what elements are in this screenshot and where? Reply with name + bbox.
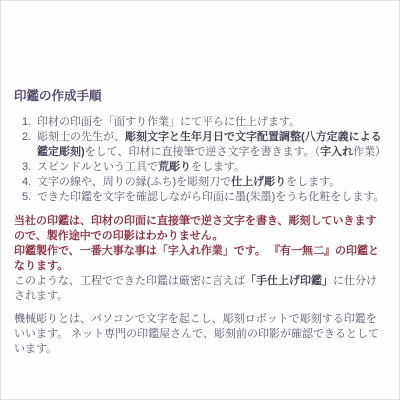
step-text-segment: 彫刻士の先生が、: [37, 131, 125, 143]
step-text-segment: スピンドルという工具で: [37, 161, 158, 173]
step-text-segment: をして、印材に直接筆で逆さ文字を書きます。（: [85, 146, 320, 158]
step-text: できた印鑑を文字を確認しながら印面に墨(朱墨)をうち化粧をします。: [37, 190, 387, 205]
list-item: 2. 彫刻士の先生が、彫刻文字と生年月日で文字配置調整(八方定義による鑑定彫刻)…: [22, 130, 387, 160]
steps-list: 1. 印材の印面を「面すり作業」にて平らに仕上げます。 2. 彫刻士の先生が、彫…: [22, 115, 387, 205]
step-text: スピンドルという工具で荒彫りをします。: [37, 160, 387, 175]
note-hand-finished-sorting: このような、工程でできた印鑑は厳密に言えば「手仕上げ印鑑」に仕分けされます。: [14, 274, 387, 304]
step-text-segment: をします。: [191, 161, 245, 173]
list-item: 5. できた印鑑を文字を確認しながら印面に墨(朱墨)をうち化粧をします。: [22, 190, 387, 205]
step-text-bold-segment: 字入れ: [320, 146, 353, 158]
note-machine-carving: 機械彫りとは、パソコンで文字を起こし、彫刻ロボットで彫刻する印鑑をいいます。 ネ…: [14, 312, 387, 357]
step-number: 5.: [22, 190, 37, 205]
step-number: 1.: [22, 115, 37, 130]
step-number: 4.: [22, 175, 37, 190]
step-text-bold-segment: 荒彫り: [158, 161, 191, 173]
step-text-segment: をします。: [286, 176, 340, 188]
step-text-segment: できた印鑑を文字を確認しながら印面に墨(朱墨)をうち化粧をします。: [37, 191, 384, 203]
step-text-segment: 文字の線や、周りの縁(ふち)を彫刻刀で: [37, 176, 231, 188]
step-text-segment: 作業）: [353, 146, 386, 158]
step-number: 3.: [22, 160, 37, 175]
list-item: 1. 印材の印面を「面すり作業」にて平らに仕上げます。: [22, 115, 387, 130]
list-item: 3. スピンドルという工具で荒彫りをします。: [22, 160, 387, 175]
note-text-segment: このような、工程でできた印鑑は厳密に言えば: [14, 275, 245, 287]
step-text: 彫刻士の先生が、彫刻文字と生年月日で文字配置調整(八方定義による鑑定彫刻)をして…: [37, 130, 387, 160]
note-text-bold-segment: 「手仕上げ印鑑」: [245, 275, 333, 287]
step-text-segment: 印材の印面を「面すり作業」にて平らに仕上げます。: [37, 116, 300, 128]
note-important-step: 印鑑製作で、一番大事な事は「字入れ作業」です。 『有一無二』の印鑑となります。: [14, 244, 387, 274]
document-page: 印鑑の作成手順 1. 印材の印面を「面すり作業」にて平らに仕上げます。 2. 彫…: [0, 0, 400, 400]
step-text: 印材の印面を「面すり作業」にて平らに仕上げます。: [37, 115, 387, 130]
step-text: 文字の線や、周りの縁(ふち)を彫刻刀で仕上げ彫りをします。: [37, 175, 387, 190]
page-title: 印鑑の作成手順: [14, 86, 387, 104]
note-handwritten-warning: 当社の印鑑は、印材の印面に直接筆で逆さ文字を書き、彫刻していきますので、製作途中…: [14, 214, 387, 244]
step-number: 2.: [22, 130, 37, 160]
list-item: 4. 文字の線や、周りの縁(ふち)を彫刻刀で仕上げ彫りをします。: [22, 175, 387, 190]
step-text-bold-segment: 仕上げ彫り: [231, 176, 286, 188]
